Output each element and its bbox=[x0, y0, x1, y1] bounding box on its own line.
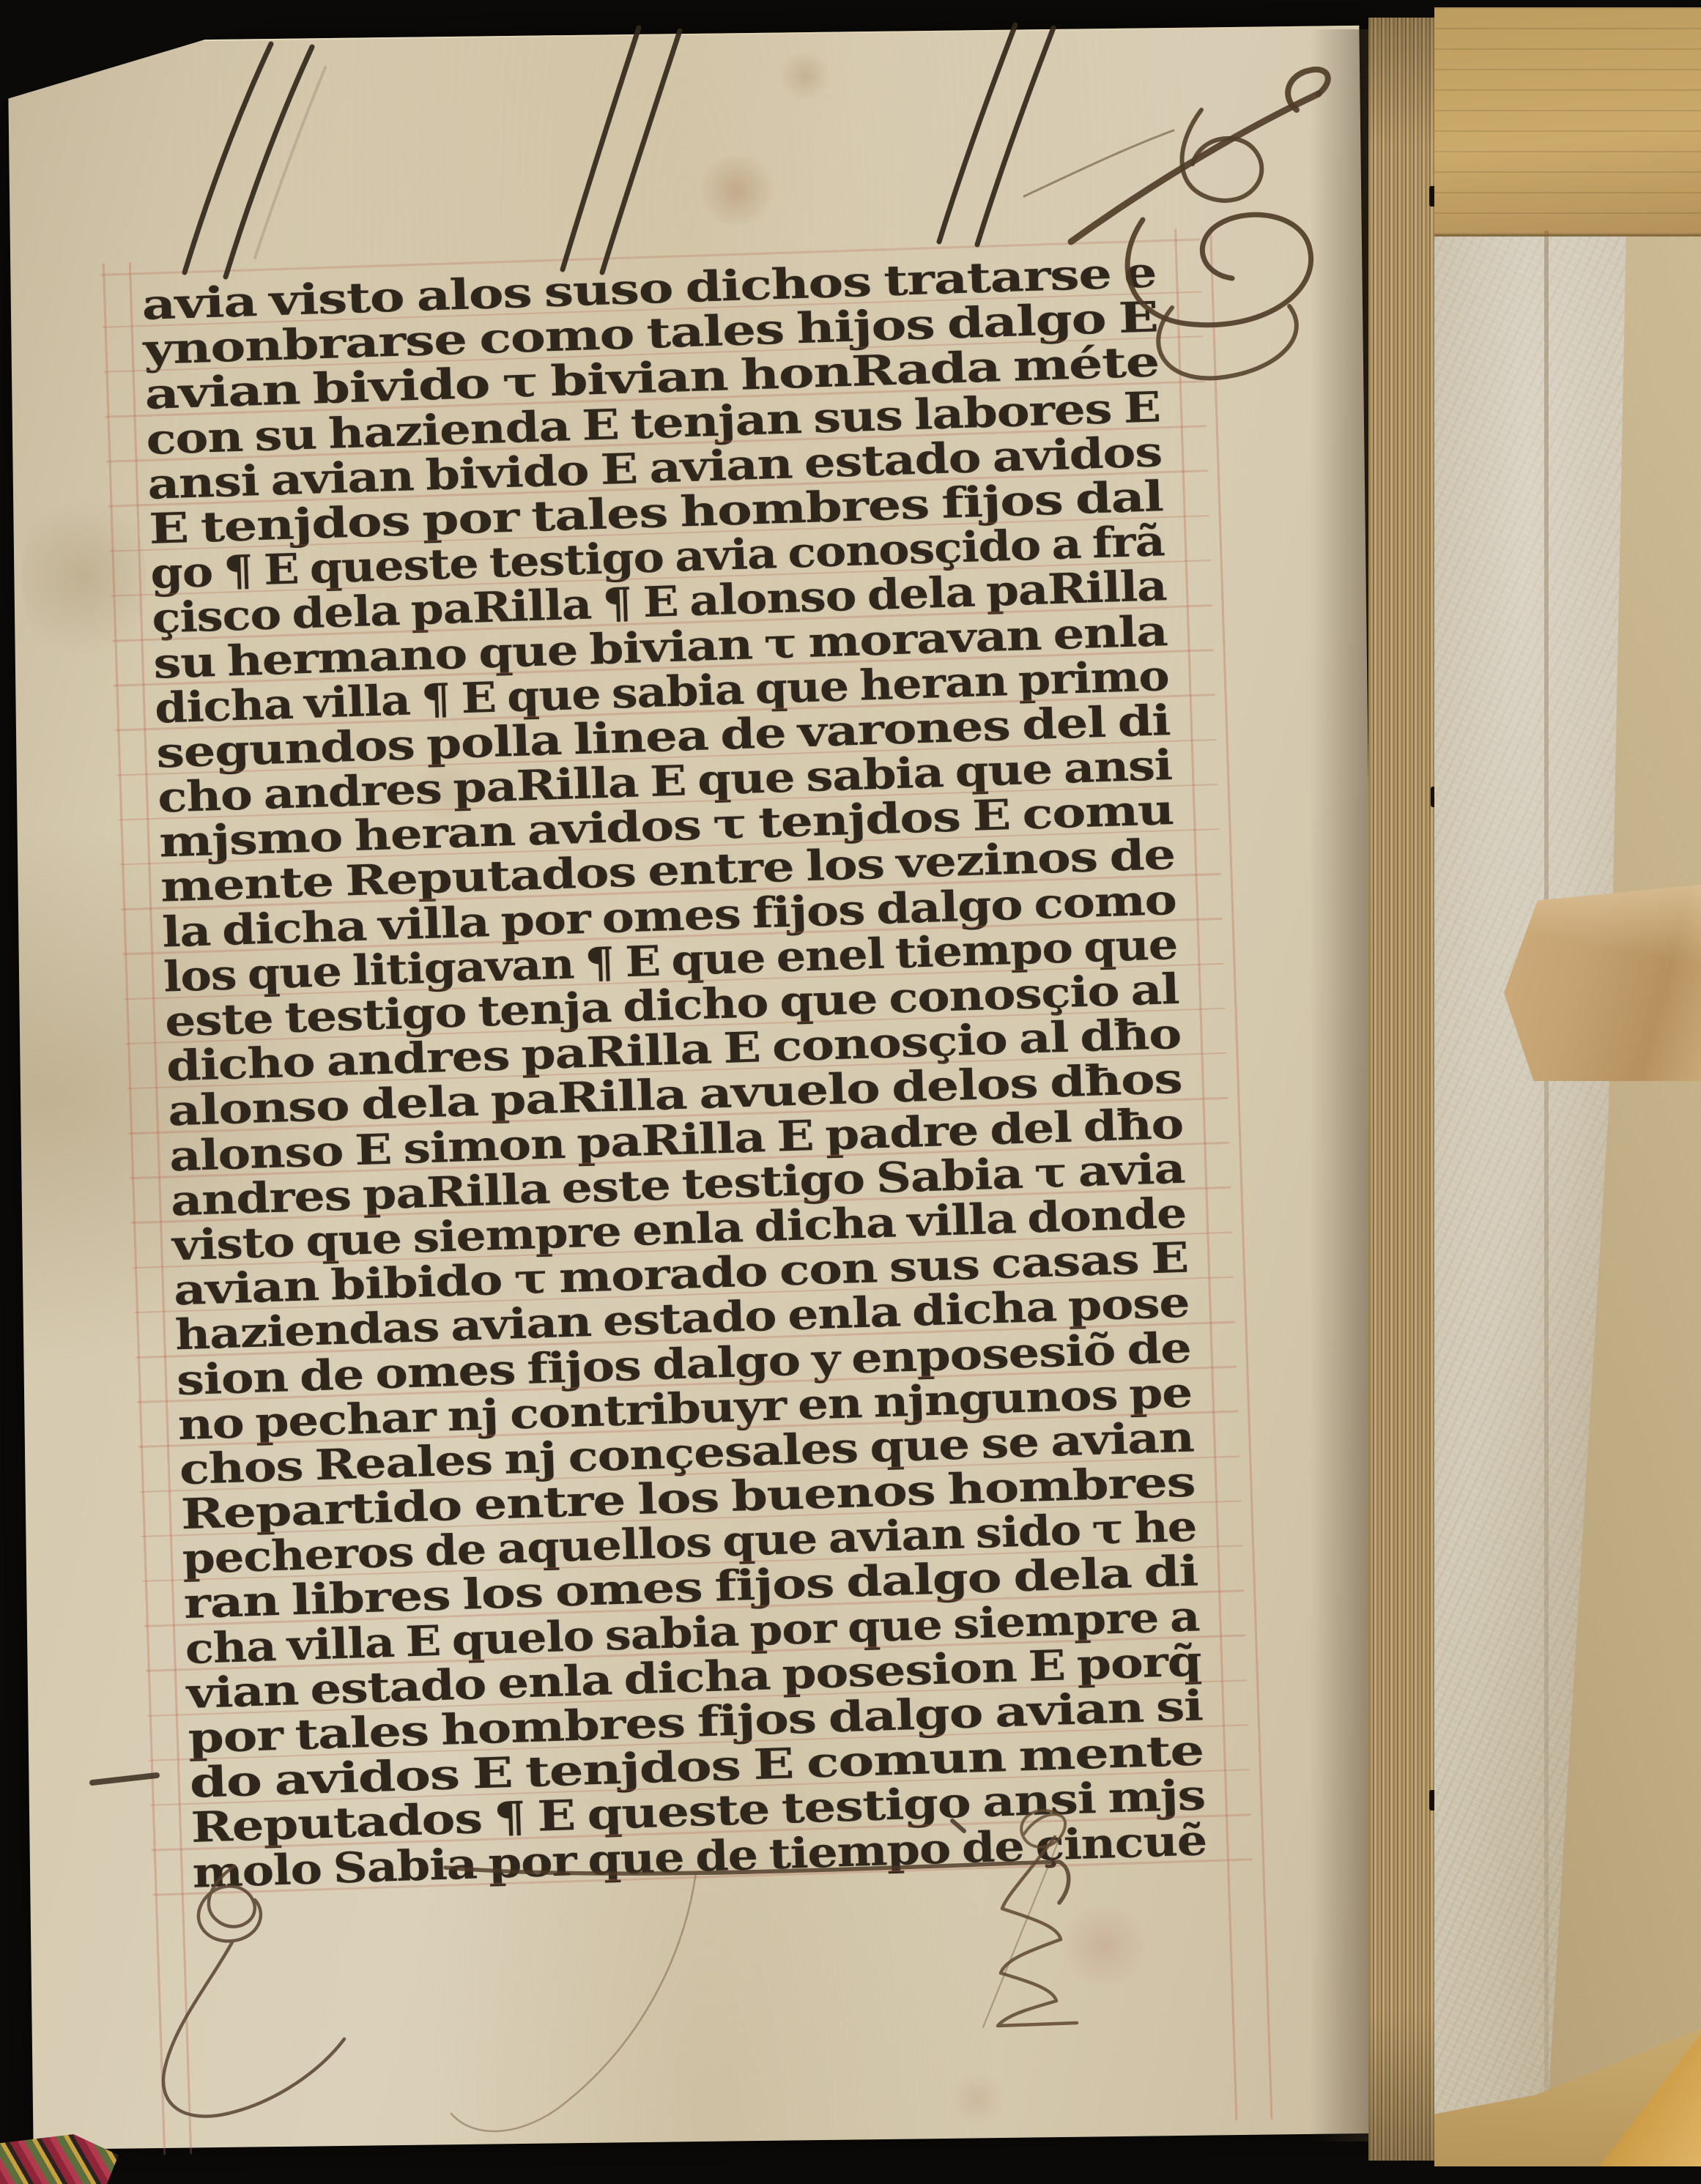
text-block: avia visto alos suso dichos tratarse eyn… bbox=[141, 250, 1207, 1895]
gutter-shadow bbox=[1310, 29, 1374, 2142]
stain bbox=[1056, 1904, 1152, 1986]
stain bbox=[21, 481, 147, 673]
cover-turnin-top bbox=[1434, 7, 1701, 237]
manuscript-page: avia visto alos suso dichos tratarse eyn… bbox=[7, 26, 1385, 2150]
manuscript-photo: avia visto alos suso dichos tratarse eyn… bbox=[0, 0, 1701, 2184]
stain bbox=[949, 2075, 1008, 2123]
stain bbox=[694, 155, 779, 226]
page-block-edge bbox=[1368, 18, 1439, 2161]
cover-crease bbox=[1544, 231, 1549, 2106]
vellum-binding-cover bbox=[1434, 7, 1701, 2166]
stain bbox=[777, 52, 833, 100]
cover-corner-flap bbox=[1504, 885, 1701, 1081]
right-margin-ruling bbox=[1209, 228, 1272, 2120]
